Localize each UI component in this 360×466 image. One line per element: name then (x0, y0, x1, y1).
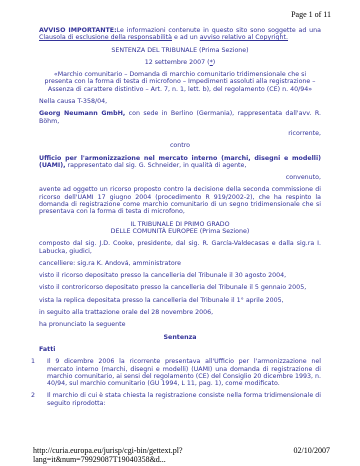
case-number: Nella causa T-358/04, (39, 98, 321, 105)
important-notice: AVVISO IMPORTANTE:Le informazioni conten… (39, 27, 321, 42)
disclaimer-link[interactable]: Clausola di esclusione della responsabil… (39, 34, 172, 41)
procedural-line: vista la replica depositata presso la ca… (39, 297, 321, 304)
defendant-details: rappresentato dal sig. G. Schneider, in … (66, 162, 247, 169)
defendant-paragraph: Ufficio per l'armonizzazione nel mercato… (39, 155, 321, 170)
court-composition: composto dal sig. J.D. Cooke, presidente… (39, 240, 321, 255)
case-keywords: «Marchio comunitario – Domanda di marchi… (39, 71, 321, 93)
page-number: Page 1 of 11 (291, 10, 331, 19)
judgment-date-line: 12 settembre 2007 (*) (39, 59, 321, 66)
court-registrar: cancelliere: sig.ra K. Andová, amministr… (39, 260, 321, 267)
notice-label: AVVISO IMPORTANTE: (39, 27, 117, 34)
procedural-line: in seguito alla trattazione orale del 28… (39, 309, 321, 316)
judgment-date: 12 settembre 2007 ( (145, 59, 210, 66)
court-name-line2: DELLE COMUNITÀ EUROPEE (Prima Sezione) (39, 228, 321, 235)
facts-heading: Fatti (39, 346, 321, 353)
copyright-link[interactable]: avviso relativo al Copyright. (200, 34, 288, 41)
numbered-paragraph: 2 Il marchio di cui è stata chiesta la r… (31, 392, 321, 407)
procedural-line: visto il ricorso depositato presso la ca… (39, 272, 321, 279)
applicant-role: ricorrente, (39, 130, 321, 137)
procedural-line: ha pronunciato la seguente (39, 321, 321, 328)
applicant-name: Georg Neumann GmbH, (39, 110, 125, 117)
notice-text-middle: e ad un (172, 34, 200, 41)
footer-date: 02/10/2007 (294, 446, 330, 464)
document-body: AVVISO IMPORTANTE:Le informazioni conten… (39, 27, 321, 412)
court-name-line1: IL TRIBUNALE DI PRIMO GRADO (39, 221, 321, 228)
judgment-heading: Sentenza (39, 334, 321, 341)
versus-label: contro (39, 142, 321, 149)
defendant-role: convenuto, (39, 174, 321, 181)
footer-url: http://curia.europa.eu/jurisp/cgi-bin/ge… (33, 446, 294, 464)
numbered-paragraph: 1 Il 9 dicembre 2006 la ricorrente prese… (31, 358, 321, 387)
court-name: IL TRIBUNALE DI PRIMO GRADO DELLE COMUNI… (39, 221, 321, 236)
notice-text-before: Le informazioni contenute in questo sito… (117, 27, 321, 34)
paragraph-number: 2 (31, 392, 47, 407)
paragraph-text: Il marchio di cui è stata chiesta la reg… (47, 392, 321, 407)
paragraph-text: Il 9 dicembre 2006 la ricorrente present… (47, 358, 321, 387)
procedural-line: visto il controricorso depositato presso… (39, 284, 321, 291)
print-footer: http://curia.europa.eu/jurisp/cgi-bin/ge… (33, 446, 330, 464)
judgment-date-close: ) (213, 59, 215, 66)
print-header: Page 1 of 11 (33, 10, 331, 19)
judgment-title: SENTENZA DEL TRIBUNALE (Prima Sezione) (39, 47, 321, 54)
paragraph-number: 1 (31, 358, 47, 387)
applicant-paragraph: Georg Neumann GmbH, con sede in Berlino … (39, 110, 321, 125)
subject-paragraph: avente ad oggetto un ricorso proposto co… (39, 186, 321, 215)
